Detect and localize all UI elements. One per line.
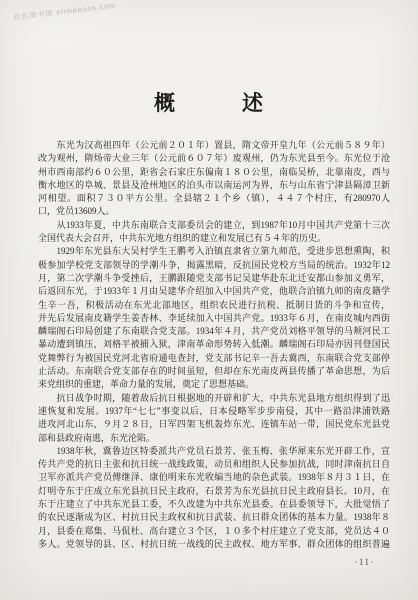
text-line: 州市西南部约６０公里，距省会石家庄东偏南１８０公里，南临吴桥，北靠南皮，西与	[38, 166, 390, 179]
text-line: 止活动。东南联合党支部存在的时间虽短，但却在东光南皮两县传播了革命思想，为后	[38, 365, 390, 378]
text-line: 1929年东光县东大吴村学生王鹏考入泊镇直隶省立第九师范，受进步思想熏陶，积	[38, 245, 390, 258]
text-line: 传共产党的抗日主张和抗日统一战线政策，动员和组织人民参加抗战，同时津南抗日自	[38, 458, 390, 471]
book-page: 红色图书馆 stimebook.com 概 述 东光为汉高祖四年（公元前２０１年…	[0, 0, 418, 600]
watermark-text: 红色图书馆 stimebook.com	[13, 0, 116, 22]
text-line: 河相望。面积７３０平方公里。全县辖２１个乡（镇），４４７个村庄，有280970人	[38, 192, 390, 205]
text-line: 抗日战争时期，随着敌后抗日根据地的开辟和扩大，中共东光县地方组织得到了迅	[38, 392, 390, 405]
text-line: 党舞弊行为被国民党河北省府通电查封，党支部书记辛一吾去冀西，东南联合党支部停	[38, 352, 390, 365]
text-line: 东于庄建立了中共东光县工委，不久改建为中共东光县委。在县委领导下，大批觉悟了	[38, 498, 390, 511]
text-line: 速恢复和发展。1937年“七七”事变以后，日本侵略军步步南侵，其中一路沿津浦铁路	[38, 405, 390, 418]
text-line: 极参加学校党支部领导的学潮斗争，揭露黑暗，反抗国民党校方当局的统治。1932年1…	[38, 259, 390, 272]
text-line: 麟瑞阁石印局创建了东南联合党支部。1934年４月，共产党员刘格平领导的马颊河民工	[38, 325, 390, 338]
page-title: 概 述	[0, 87, 418, 117]
text-line: 生辛一吾，积极活动在东光北部地区，组织农民进行抗税、抵制日货的斗争和宣传，	[38, 299, 390, 312]
text-line: 多人。党领导的县、区、村抗日统一战线的民主政权、地方军事、群众团体的组织普遍	[38, 538, 390, 551]
text-line: 灯明寺东于庄成立东光县抗日民主政府，石景芳为东光县抗日民主政府县长。10月，在	[38, 485, 390, 498]
text-line: 月，第二次学潮斗争受挫后，王鹏跟随党支部书记吴建华赴东北迁安都山参加义勇军，	[38, 272, 390, 285]
text-line: 来党组织的重建，革命力量的发展，奠定了思想基础。	[38, 378, 390, 391]
page-number: ·11·	[354, 557, 375, 567]
text-line: 部和县政府南逃，东光沦陷。	[38, 432, 390, 445]
text-line: 从1933年夏，中共东南联合支部委员会的建立，到1987年10月中国共产党第十三…	[38, 219, 390, 232]
text-line: 的农民逐渐成为区、村抗日民主政权和抗日武装、抗日群众团体的基本力量。1938年８	[38, 511, 390, 524]
text-line: 进攻河北山东，９月２８日，日军四架飞机轰炸东光、连镇车站一带，国民党东光县党	[38, 418, 390, 431]
body-text: 东光为汉高祖四年（公元前２０１年）置县，隋文帝开皇九年（公元前５８９年） 改为观…	[38, 139, 390, 551]
text-line: 1938年秋，冀鲁边区特委派共产党员石景芳、张玉梅、张华犀来东光开辟工作，宣	[38, 445, 390, 458]
text-line: 东光为汉高祖四年（公元前２０１年）置县，隋文帝开皇九年（公元前５８９年）	[38, 139, 390, 152]
text-line: 卫军亦派共产党员傅继泽、康伯明来东光收编当地的杂色武装。1938年８月３１日，在	[38, 471, 390, 484]
text-line: 并先后发展南皮籍学生姜杏林、李延续加入中国共产党。1933年６月，在南皮城内西街	[38, 312, 390, 325]
text-line: 全国代表大会召开，中共东光地方组织的建立和发展已有５４年的历史。	[38, 232, 390, 245]
text-line: 后返回东光，于1933年１月由吴建华介绍加入中国共产党，他联合泊镇九师的南皮籍学	[38, 285, 390, 298]
text-line: 衡水地区的阜城、景县及沧州地区的泊头市以南运河为界，东与山东省宁津县隔漳卫新	[38, 179, 390, 192]
text-line: 改为观州，隋炀帝大业三年（公元前６０７年）废观州，仍为东光县至今。东光位于沧	[38, 152, 390, 165]
text-line: 月，县委在郑集、马侃杜、高台建立３个区，１０多个村庄建立了党支部，党员达４０	[38, 525, 390, 538]
text-line: 暴动遭到镇压，刘格平被捕入狱，津南革命形势转入低潮。麟瑞阁石印局亦因刊登国民	[38, 338, 390, 351]
text-line: 口，党员13609人。	[38, 205, 390, 218]
